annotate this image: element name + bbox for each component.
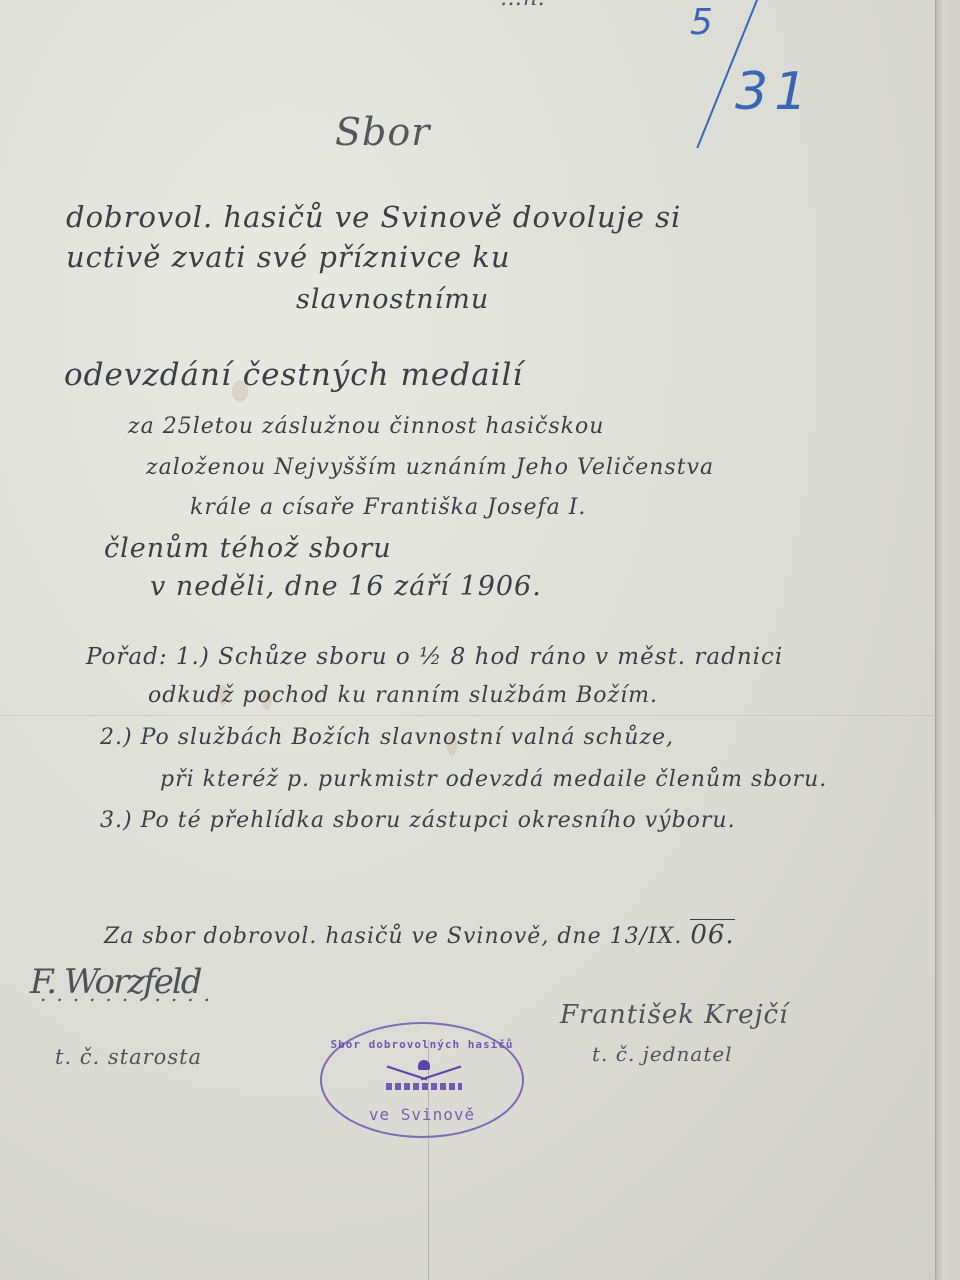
program-item-1: Pořad: 1.) Schůze sboru o ½ 8 hod ráno v… (86, 644, 783, 670)
event-detail-line: založenou Nejvyšším uznáním Jeho Veličen… (146, 455, 714, 480)
program-item-1-continuation: odkudž pochod ku ranním službám Božím. (148, 683, 658, 708)
closing-text: Za sbor dobrovol. hasičů ve Svinově, dne… (104, 924, 682, 949)
adjacent-page-edge (935, 0, 960, 1280)
program-item-number: 3.) (100, 808, 133, 833)
invitation-line: uctivě zvati své příznivce ku (66, 240, 511, 274)
program-item-text: Po službách Božích slavnostní valná schů… (141, 725, 674, 750)
program-item-number: 1.) (176, 644, 210, 670)
archive-mark-numerator: 5 (690, 2, 713, 43)
helmet-icon (418, 1060, 430, 1070)
closing-line: Za sbor dobrovol. hasičů ve Svinově, dne… (104, 920, 735, 950)
event-heading: odevzdání čestných medailí (64, 357, 523, 393)
signature-role-chairman: t. č. starosta (55, 1045, 202, 1069)
stamp-bottom-text: ve Svinově (322, 1105, 522, 1124)
event-detail-line: krále a císaře Františka Josefa I. (190, 495, 586, 520)
signature-secretary: František Krejčí (560, 1000, 788, 1030)
program-item-2: 2.) Po službách Božích slavnostní valná … (100, 725, 674, 750)
invitation-line: slavnostnímu (296, 284, 489, 315)
paper-fold-line-horizontal (0, 715, 935, 716)
signature-role-secretary: t. č. jednatel (592, 1042, 733, 1066)
document-title: Sbor (335, 110, 430, 154)
program-label: Pořad: (86, 644, 168, 670)
ladder-icon (386, 1083, 462, 1090)
event-detail-line: za 25letou záslužnou činnost hasičskou (128, 414, 604, 439)
fire-brigade-emblem-icon (384, 1060, 464, 1094)
closing-year: 06. (690, 919, 734, 950)
torn-top-text-fragment: …n: (500, 0, 547, 11)
signature-dotted-line: ........... (40, 982, 220, 1006)
invitation-line: dobrovol. hasičů ve Svinově dovoluje si (66, 200, 681, 234)
program-item-3: 3.) Po té přehlídka sboru zástupci okres… (100, 808, 736, 833)
event-detail-line: členům téhož sboru (104, 533, 392, 564)
program-item-text: Schůze sboru o ½ 8 hod ráno v měst. radn… (218, 644, 783, 670)
archive-mark-denominator: 31 (735, 62, 813, 122)
event-date: v neděli, dne 16 září 1906. (150, 571, 542, 602)
program-item-text: Po té přehlídka sboru zástupci okresního… (141, 808, 736, 833)
program-item-number: 2.) (100, 725, 133, 750)
stamp-top-text: Sbor dobrovolných hasičů (322, 1038, 522, 1051)
archive-reference-mark: 5 31 (640, 0, 820, 150)
program-item-2-continuation: při kteréž p. purkmistr odevzdá medaile … (160, 767, 827, 792)
fire-brigade-stamp: Sbor dobrovolných hasičů ve Svinově (320, 1022, 524, 1138)
